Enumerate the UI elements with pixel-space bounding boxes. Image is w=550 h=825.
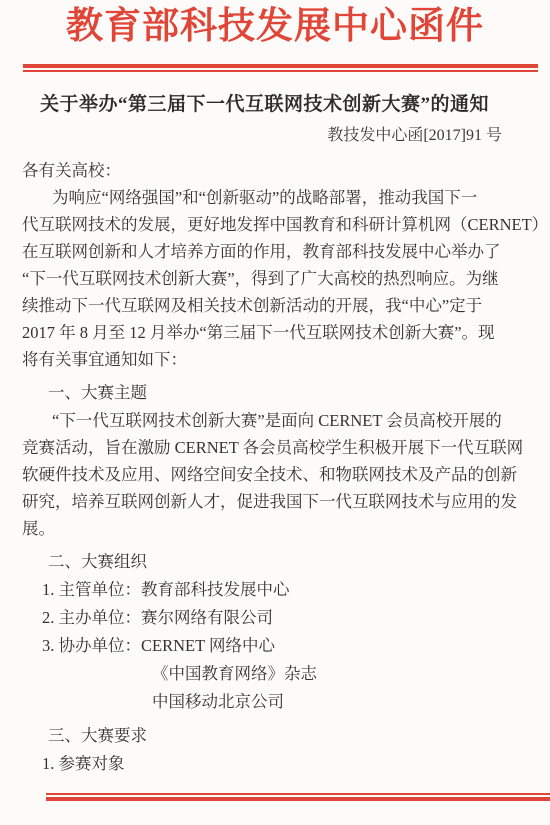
body-line: 《中国教育网络》杂志	[22, 660, 516, 688]
footer-double-rule	[46, 793, 550, 801]
body-line: “下一代互联网技术创新大赛”，得到了广大高校的热烈响应。为继	[22, 265, 516, 292]
body-line: 1. 参赛对象	[22, 750, 516, 778]
body-line: 软硬件技术及应用、网络空间安全技术、和物联网技术及产品的创新	[22, 461, 516, 488]
document-body: 各有关高校：为响应“网络强国”和“创新驱动”的战略部署，推动我国下一代互联网技术…	[22, 157, 516, 778]
body-line: 续推动下一代互联网及相关技术创新活动的开展，我“中心”定于	[22, 292, 516, 319]
body-line: 为响应“网络强国”和“创新驱动”的战略部署，推动我国下一	[22, 184, 516, 211]
footer-rule-thick-bar	[46, 797, 550, 801]
body-line: 各有关高校：	[22, 157, 516, 184]
body-line: 2017 年 8 月至 12 月举办“第三届下一代互联网技术创新大赛”。现	[22, 319, 516, 346]
body-line: 二、大赛组织	[22, 548, 516, 576]
body-line: 研究，培养互联网创新人才，促进我国下一代互联网技术与应用的发	[22, 488, 516, 515]
body-line: 代互联网技术的发展，更好地发挥中国教育和科研计算机网（CERNET）	[22, 211, 516, 238]
body-line: 在互联网创新和人才培养方面的作用，教育部科技发展中心举办了	[22, 238, 516, 265]
body-line: 竞赛活动，旨在激励 CERNET 各会员高校学生积极开展下一代互联网	[22, 434, 516, 461]
body-line: 展。	[22, 515, 516, 542]
letterhead-title: 教育部科技发展中心函件	[0, 4, 550, 50]
document-title: 关于举办“第三届下一代互联网技术创新大赛”的通知	[40, 92, 520, 118]
scanned-letter-page: 教育部科技发展中心函件 关于举办“第三届下一代互联网技术创新大赛”的通知 教技发…	[0, 0, 550, 825]
body-line: 三、大赛要求	[22, 722, 516, 750]
body-line: 将有关事宜通知如下：	[22, 346, 516, 373]
body-line: 中国移动北京公司	[22, 688, 516, 716]
body-line: “下一代互联网技术创新大赛”是面向 CERNET 会员高校开展的	[22, 407, 516, 434]
body-line: 3. 协办单位：CERNET 网络中心	[22, 632, 516, 660]
body-line: 1. 主管单位：教育部科技发展中心	[22, 576, 516, 604]
header-rule-thin-bar	[23, 70, 538, 72]
body-line: 一、大赛主题	[22, 379, 516, 407]
document-number: 教技发中心函[2017]91 号	[0, 125, 502, 147]
body-line: 2. 主办单位：赛尔网络有限公司	[22, 604, 516, 632]
header-double-rule	[23, 64, 538, 72]
